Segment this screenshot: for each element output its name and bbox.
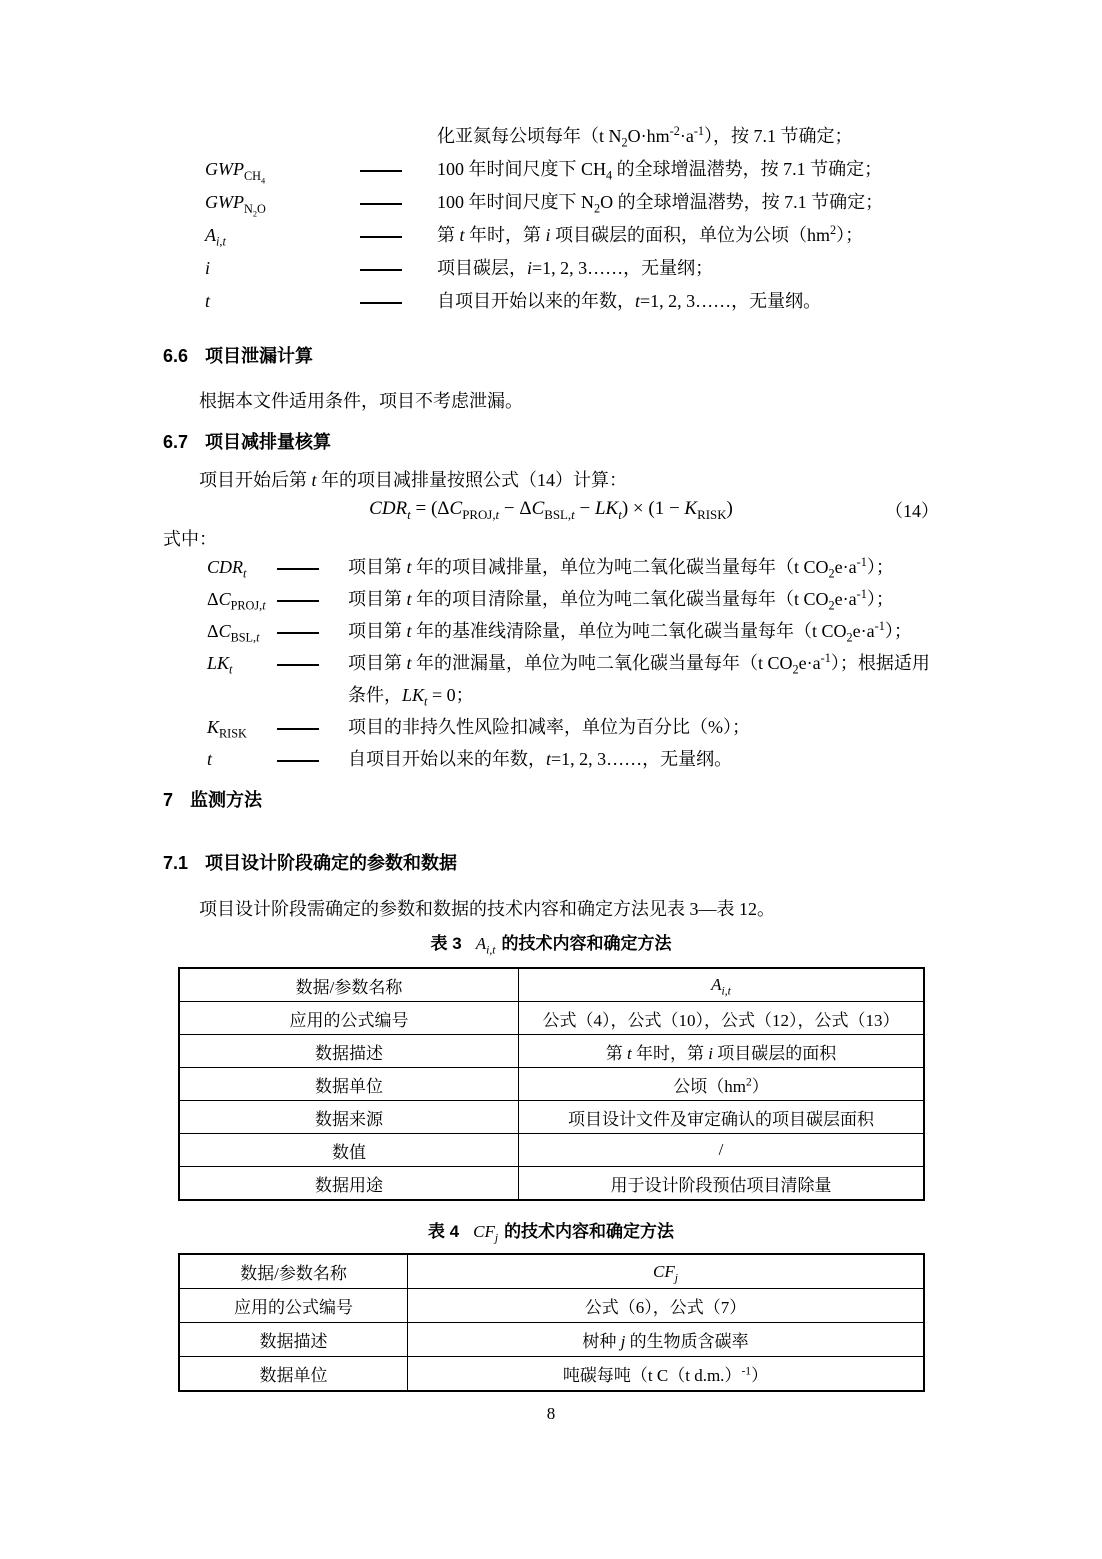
row-value-cell: 公式（4），公式（10），公式（12），公式（13） bbox=[519, 1002, 925, 1035]
definition-row: 化亚氮每公顷每年（t N2O·hm-2·a-1），按 7.1 节确定； bbox=[205, 120, 939, 153]
symbol: CDRt bbox=[207, 551, 277, 583]
symbol: GWPCH4 bbox=[205, 153, 360, 186]
row-label-cell: 数据用途 bbox=[179, 1167, 519, 1201]
section-heading-7: 7监测方法 bbox=[163, 788, 939, 812]
row-label-cell: 数据描述 bbox=[179, 1323, 408, 1357]
row-label-cell: 数据来源 bbox=[179, 1101, 519, 1134]
symbol: KRISK bbox=[207, 711, 277, 743]
formula-14-row: CDRt = (ΔCPROJ,t − ΔCBSL,t − LKt) × (1 −… bbox=[163, 494, 939, 524]
section-heading-6-7: 6.7项目减排量核算 bbox=[163, 430, 939, 454]
row-value-cell: 项目设计文件及审定确认的项目碳层面积 bbox=[519, 1101, 925, 1134]
symbol-definition-list-top: 化亚氮每公顷每年（t N2O·hm-2·a-1），按 7.1 节确定； GWPC… bbox=[205, 120, 939, 318]
row-value-cell: 吨碳每吨（t C（t d.m.）-1） bbox=[408, 1357, 925, 1392]
symbol: t bbox=[207, 743, 277, 775]
row-value-cell: 用于设计阶段预估项目清除量 bbox=[519, 1167, 925, 1201]
table-row: 数据/参数名称Ai,t bbox=[179, 968, 924, 1002]
definition-text: 项目第 t 年的泄漏量，单位为吨二氧化碳当量每年（t CO2e·a-1）；根据适… bbox=[348, 647, 939, 711]
table-caption-text: 的技术内容和确定方法 bbox=[504, 1222, 674, 1241]
row-value-cell: / bbox=[519, 1134, 925, 1167]
table-3-caption: 表 3Ai,t的技术内容和确定方法 bbox=[163, 932, 939, 956]
definition-text: 项目碳层，i=1, 2, 3……，无量纲； bbox=[437, 252, 939, 285]
definition-row: LKt 项目第 t 年的泄漏量，单位为吨二氧化碳当量每年（t CO2e·a-1）… bbox=[207, 647, 939, 711]
section-title: 监测方法 bbox=[190, 790, 262, 810]
section-title: 项目泄漏计算 bbox=[205, 346, 313, 366]
dash-column bbox=[360, 252, 437, 285]
dash-column bbox=[360, 285, 437, 318]
definition-text: 项目第 t 年的基准线清除量，单位为吨二氧化碳当量每年（t CO2e·a-1）； bbox=[348, 615, 939, 647]
symbol: GWPN2O bbox=[205, 186, 360, 219]
row-label-cell: 应用的公式编号 bbox=[179, 1289, 408, 1323]
section-title: 项目减排量核算 bbox=[205, 432, 331, 452]
dash-column bbox=[360, 186, 437, 219]
section-heading-7-1: 7.1项目设计阶段确定的参数和数据 bbox=[163, 851, 939, 875]
paragraph-leakage: 根据本文件适用条件，项目不考虑泄漏。 bbox=[163, 389, 939, 413]
em-dash bbox=[360, 203, 402, 205]
table-row: 数值/ bbox=[179, 1134, 924, 1167]
table-caption-text: 的技术内容和确定方法 bbox=[501, 934, 671, 953]
dash-column bbox=[277, 583, 348, 615]
definition-text: 第 t 年时，第 i 项目碳层的面积，单位为公顷（hm2）； bbox=[437, 219, 939, 252]
dash-column bbox=[360, 219, 437, 252]
dash-column bbox=[277, 615, 348, 647]
definition-text: 自项目开始以来的年数，t=1, 2, 3……，无量纲。 bbox=[348, 743, 939, 775]
dash-column bbox=[360, 153, 437, 186]
where-label: 式中： bbox=[163, 527, 939, 551]
table-row: 数据用途用于设计阶段预估项目清除量 bbox=[179, 1167, 924, 1201]
paragraph-tables-intro: 项目设计阶段需确定的参数和数据的技术内容和确定方法见表 3—表 12。 bbox=[163, 897, 939, 921]
symbol: ΔCBSL,t bbox=[207, 615, 277, 647]
symbol: LKt bbox=[207, 647, 277, 679]
dash-column bbox=[277, 743, 348, 775]
table-row: 应用的公式编号公式（6），公式（7） bbox=[179, 1289, 924, 1323]
em-dash bbox=[277, 632, 319, 634]
table-row: 数据单位公顷（hm2） bbox=[179, 1068, 924, 1101]
definition-row: KRISK 项目的非持久性风险扣减率，单位为百分比（%）； bbox=[207, 711, 939, 743]
section-number: 6.7 bbox=[163, 430, 188, 454]
definition-row: t 自项目开始以来的年数，t=1, 2, 3……，无量纲。 bbox=[205, 285, 939, 318]
row-value-cell: CFj bbox=[408, 1254, 925, 1289]
em-dash bbox=[360, 170, 402, 172]
definition-row: Ai,t 第 t 年时，第 i 项目碳层的面积，单位为公顷（hm2）； bbox=[205, 219, 939, 252]
symbol: Ai,t bbox=[205, 219, 360, 252]
section-title: 项目设计阶段确定的参数和数据 bbox=[205, 853, 457, 873]
dash-column bbox=[277, 551, 348, 583]
symbol-definition-list-formula: CDRt 项目第 t 年的项目减排量，单位为吨二氧化碳当量每年（t CO2e·a… bbox=[207, 551, 939, 775]
em-dash bbox=[360, 269, 402, 271]
section-heading-6-6: 6.6项目泄漏计算 bbox=[163, 344, 939, 368]
definition-text: 项目第 t 年的项目减排量，单位为吨二氧化碳当量每年（t CO2e·a-1）； bbox=[348, 551, 939, 583]
paragraph-formula-intro: 项目开始后第 t 年的项目减排量按照公式（14）计算： bbox=[163, 468, 939, 492]
em-dash bbox=[277, 728, 319, 730]
definition-text: 化亚氮每公顷每年（t N2O·hm-2·a-1），按 7.1 节确定； bbox=[437, 120, 939, 153]
em-dash bbox=[360, 236, 402, 238]
table-3: 数据/参数名称Ai,t 应用的公式编号公式（4），公式（10），公式（12），公… bbox=[178, 967, 925, 1201]
definition-row: GWPN2O 100 年时间尺度下 N2O 的全球增温潜势，按 7.1 节确定； bbox=[205, 186, 939, 219]
definition-row: i 项目碳层，i=1, 2, 3……，无量纲； bbox=[205, 252, 939, 285]
row-value-cell: 公式（6），公式（7） bbox=[408, 1289, 925, 1323]
table-number: 表 3 bbox=[431, 934, 462, 953]
em-dash bbox=[277, 664, 319, 666]
definition-text: 自项目开始以来的年数，t=1, 2, 3……，无量纲。 bbox=[437, 285, 939, 318]
definition-row: ΔCPROJ,t 项目第 t 年的项目清除量，单位为吨二氧化碳当量每年（t CO… bbox=[207, 583, 939, 615]
table-row: 数据/参数名称CFj bbox=[179, 1254, 924, 1289]
section-number: 7.1 bbox=[163, 851, 188, 875]
symbol: i bbox=[205, 252, 360, 285]
definition-text: 100 年时间尺度下 CH4 的全球增温潜势，按 7.1 节确定； bbox=[437, 153, 939, 186]
definition-text: 项目的非持久性风险扣减率，单位为百分比（%）； bbox=[348, 711, 939, 743]
row-value-cell: 公顷（hm2） bbox=[519, 1068, 925, 1101]
row-label-cell: 数据描述 bbox=[179, 1035, 519, 1068]
row-label-cell: 应用的公式编号 bbox=[179, 1002, 519, 1035]
table-4: 数据/参数名称CFj 应用的公式编号公式（6），公式（7） 数据描述树种 j 的… bbox=[178, 1253, 925, 1392]
row-value-cell: 第 t 年时，第 i 项目碳层的面积 bbox=[519, 1035, 925, 1068]
definition-row: GWPCH4 100 年时间尺度下 CH4 的全球增温潜势，按 7.1 节确定； bbox=[205, 153, 939, 186]
dash-column bbox=[277, 711, 348, 743]
em-dash bbox=[277, 600, 319, 602]
em-dash bbox=[277, 760, 319, 762]
document-page: 化亚氮每公顷每年（t N2O·hm-2·a-1），按 7.1 节确定； GWPC… bbox=[0, 0, 1102, 1559]
row-label-cell: 数据/参数名称 bbox=[179, 968, 519, 1002]
symbol: t bbox=[205, 285, 360, 318]
table-row: 数据单位吨碳每吨（t C（t d.m.）-1） bbox=[179, 1357, 924, 1392]
definition-text: 100 年时间尺度下 N2O 的全球增温潜势，按 7.1 节确定； bbox=[437, 186, 939, 219]
row-value-cell: Ai,t bbox=[519, 968, 925, 1002]
definition-row: t 自项目开始以来的年数，t=1, 2, 3……，无量纲。 bbox=[207, 743, 939, 775]
definition-row: CDRt 项目第 t 年的项目减排量，单位为吨二氧化碳当量每年（t CO2e·a… bbox=[207, 551, 939, 583]
definition-row: ΔCBSL,t 项目第 t 年的基准线清除量，单位为吨二氧化碳当量每年（t CO… bbox=[207, 615, 939, 647]
dash-column bbox=[277, 647, 348, 679]
page-number: 8 bbox=[163, 1404, 939, 1424]
table-row: 数据来源项目设计文件及审定确认的项目碳层面积 bbox=[179, 1101, 924, 1134]
em-dash bbox=[277, 568, 319, 570]
formula-number: （14） bbox=[885, 496, 939, 526]
row-label-cell: 数据/参数名称 bbox=[179, 1254, 408, 1289]
section-number: 7 bbox=[163, 788, 173, 812]
page-content: 化亚氮每公顷每年（t N2O·hm-2·a-1），按 7.1 节确定； GWPC… bbox=[0, 0, 1102, 1424]
row-value-cell: 树种 j 的生物质含碳率 bbox=[408, 1323, 925, 1357]
table-symbol: CFj bbox=[473, 1222, 498, 1241]
definition-text: 项目第 t 年的项目清除量，单位为吨二氧化碳当量每年（t CO2e·a-1）； bbox=[348, 583, 939, 615]
table-4-caption: 表 4CFj的技术内容和确定方法 bbox=[163, 1220, 939, 1244]
table-symbol: Ai,t bbox=[476, 934, 496, 953]
table-row: 数据描述树种 j 的生物质含碳率 bbox=[179, 1323, 924, 1357]
table-row: 数据描述第 t 年时，第 i 项目碳层的面积 bbox=[179, 1035, 924, 1068]
row-label-cell: 数据单位 bbox=[179, 1068, 519, 1101]
em-dash bbox=[360, 302, 402, 304]
section-number: 6.6 bbox=[163, 344, 188, 368]
formula-14: CDRt = (ΔCPROJ,t − ΔCBSL,t − LKt) × (1 −… bbox=[369, 498, 733, 519]
row-label-cell: 数值 bbox=[179, 1134, 519, 1167]
row-label-cell: 数据单位 bbox=[179, 1357, 408, 1392]
symbol: ΔCPROJ,t bbox=[207, 583, 277, 615]
table-number: 表 4 bbox=[428, 1222, 459, 1241]
table-row: 应用的公式编号公式（4），公式（10），公式（12），公式（13） bbox=[179, 1002, 924, 1035]
